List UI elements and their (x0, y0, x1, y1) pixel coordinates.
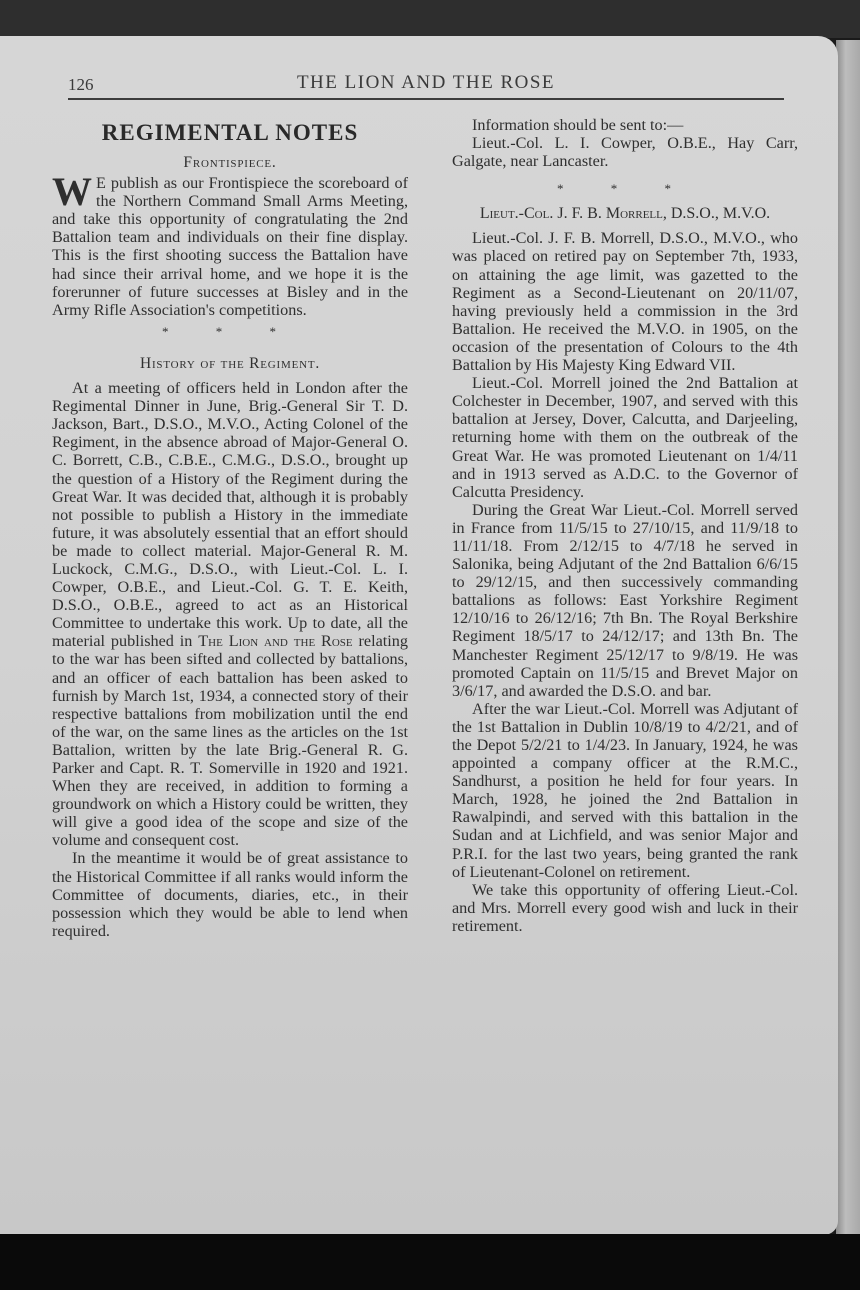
section-divider-stars: * * * (52, 323, 408, 341)
journal-name-inline: The Lion and the Rose (198, 632, 352, 650)
frontispiece-paragraph: WE publish as our Frontispiece the score… (52, 174, 408, 319)
obituary-heading: Lieut.-Col. J. F. B. Morrell, D.S.O., M.… (452, 204, 798, 223)
section-subhead-history: History of the Regiment. (52, 355, 408, 373)
section-divider-stars-right: * * * (452, 180, 798, 198)
drop-cap: W (52, 176, 92, 208)
morrell-paragraph-2: Lieut.-Col. Morrell joined the 2nd Batta… (452, 374, 798, 501)
dark-background-bottom (0, 1234, 860, 1290)
history-paragraph-1: At a meeting of officers held in London … (52, 379, 408, 849)
running-header: 126 THE LION AND THE ROSE (68, 72, 784, 100)
right-column: Information should be sent to:— Lieut.-C… (452, 116, 798, 935)
history-paragraph-2: In the meantime it would be of great ass… (52, 849, 408, 939)
left-column: REGIMENTAL NOTES Frontispiece. WE publis… (52, 116, 408, 940)
journal-title: THE LION AND THE ROSE (68, 72, 784, 94)
morrell-paragraph-4: After the war Lieut.-Col. Morrell was Ad… (452, 700, 798, 881)
dark-background-top (0, 0, 860, 38)
morrell-paragraph-1: Lieut.-Col. J. F. B. Morrell, D.S.O., M.… (452, 229, 798, 374)
adjacent-page-edge (836, 40, 860, 1235)
morrell-paragraph-3: During the Great War Lieut.-Col. Morrell… (452, 501, 798, 700)
info-line: Information should be sent to:— (452, 116, 798, 134)
article-title: REGIMENTAL NOTES (52, 120, 408, 146)
morrell-paragraph-5: We take this opportunity of offering Lie… (452, 881, 798, 935)
contact-address: Lieut.-Col. L. I. Cowper, O.B.E., Hay Ca… (452, 134, 798, 170)
section-subhead-frontispiece: Frontispiece. (52, 154, 408, 172)
